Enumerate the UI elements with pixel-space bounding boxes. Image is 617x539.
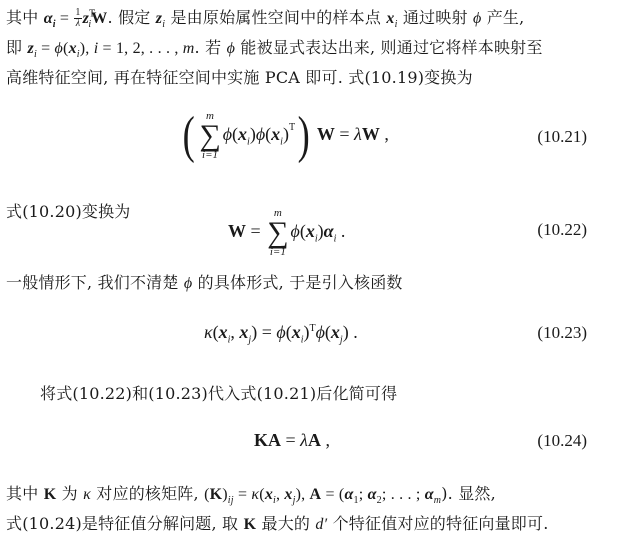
math-kappa: κ xyxy=(83,486,91,503)
math-x: x xyxy=(69,40,77,57)
equation-number: (10.21) xyxy=(537,127,587,147)
equation-10-21: (m∑i=1ϕ(xi)ϕ(xi)T) W = λW , xyxy=(180,110,389,162)
math-alpha: α xyxy=(344,486,353,503)
text: 一般情形下, 我们不清楚 xyxy=(6,273,184,292)
text: 能被显式表达出来, 则通过它将样本映射至 xyxy=(235,38,542,57)
math-sup: T xyxy=(289,122,295,133)
math-eq: = xyxy=(335,124,354,144)
math-eq: = xyxy=(56,10,74,27)
math-phi: ϕ xyxy=(276,322,285,342)
math-K: K xyxy=(44,486,57,503)
sigma-symbol: ∑ xyxy=(267,219,288,247)
text: 是由原始属性空间中的样本点 xyxy=(165,8,386,27)
math-lambda: λ xyxy=(300,430,308,450)
math-phi: ϕ xyxy=(316,322,325,342)
paragraph-4: 将式(10.22)和(10.23)代入式(10.21)后化简可得 xyxy=(40,384,397,404)
math-trail: . xyxy=(336,221,345,241)
equation-10-23: κ(xi, xj) = ϕ(xi)Tϕ(xj) . xyxy=(204,322,358,343)
math-W: W xyxy=(91,10,107,27)
paragraph-1-line-2: 即 zi = ϕ(xi), i = 1, 2, . . . , m. 若 ϕ 能… xyxy=(6,38,543,59)
math-A: A xyxy=(308,430,321,450)
math-eq: = xyxy=(281,430,300,450)
sigma-symbol: ∑ xyxy=(199,122,220,150)
equation-10-24: KA = λA , xyxy=(254,430,330,451)
math-x: x xyxy=(271,124,280,144)
math-eq: = xyxy=(234,486,252,503)
text: 产生, xyxy=(481,8,524,27)
math-fraction: 1λ xyxy=(74,8,81,29)
text: 即 xyxy=(6,38,28,57)
math-eq: = xyxy=(246,221,265,241)
paragraph-3: 一般情形下, 我们不清楚 ϕ 的具体形式, 于是引入核函数 xyxy=(6,273,403,294)
text: 其中 xyxy=(6,8,44,27)
paragraph-1-line-1: 其中 αi = 1λzTiW. 假定 zi 是由原始属性空间中的样本点 xi 通… xyxy=(6,8,524,29)
math-eq: = xyxy=(37,40,55,57)
paragraph-2: 式(10.20)变换为 xyxy=(6,202,131,222)
math-range: = 1, 2, . . . , xyxy=(98,40,182,57)
math-trail: . xyxy=(349,322,358,342)
math-alpha: α xyxy=(324,221,334,241)
math-alpha: α xyxy=(44,10,53,27)
math-K: K xyxy=(244,516,257,533)
text: 为 xyxy=(56,484,83,503)
math-phi: ϕ xyxy=(227,40,235,57)
paragraph-1-line-3: 高维特征空间, 再在特征空间中实施 PCA 即可. 式(10.19)变换为 xyxy=(6,68,473,88)
math-eq: = xyxy=(257,322,276,342)
math-trail: , xyxy=(321,430,330,450)
frac-denominator: λ xyxy=(74,19,81,29)
math-paren: ), xyxy=(80,40,94,57)
left-paren: ( xyxy=(183,110,195,162)
math-kappa: κ xyxy=(204,322,213,342)
math-x: x xyxy=(265,486,273,503)
math-W: W xyxy=(362,124,380,144)
math-x: x xyxy=(284,486,292,503)
equation-number: (10.24) xyxy=(537,431,587,451)
text: 对应的核矩阵, xyxy=(91,484,204,503)
math-KA: KA xyxy=(254,430,281,450)
equation-10-22: W = m∑i=1ϕ(xi)αi . xyxy=(228,208,345,258)
math-eq: = ( xyxy=(321,486,344,503)
math-W: W xyxy=(317,124,335,144)
sum-lower: i=1 xyxy=(199,150,220,161)
text: 通过映射 xyxy=(398,8,473,27)
math-trail: , xyxy=(380,124,389,144)
math-phi: ϕ xyxy=(223,124,232,144)
math-sep: ; xyxy=(359,486,368,503)
text: . 若 xyxy=(195,38,227,57)
sum-lower: i=1 xyxy=(267,247,288,258)
text: 的具体形式, 于是引入核函数 xyxy=(192,273,402,292)
math-sep: ; . . . ; xyxy=(382,486,425,503)
summation: m∑i=1 xyxy=(199,111,220,161)
math-K: K xyxy=(210,486,223,503)
math-phi: ϕ xyxy=(256,124,265,144)
math-alpha: α xyxy=(368,486,377,503)
math-alpha: α xyxy=(425,486,434,503)
math-x: x xyxy=(219,322,228,342)
math-x: x xyxy=(238,124,247,144)
paragraph-5-line-2: 式(10.24)是特征值分解问题, 取 K 最大的 d′ 个特征值对应的特征向量… xyxy=(6,514,549,535)
math-paren: ), xyxy=(296,486,310,503)
text: 式(10.24)是特征值分解问题, 取 xyxy=(6,514,244,533)
equation-number: (10.22) xyxy=(537,220,587,240)
math-phi: ϕ xyxy=(291,221,300,241)
math-phi: ϕ xyxy=(55,40,63,57)
text: 最大的 xyxy=(256,514,315,533)
math-lambda: λ xyxy=(354,124,362,144)
text: 其中 xyxy=(6,484,44,503)
math-x: x xyxy=(331,322,340,342)
math-x: x xyxy=(306,221,315,241)
text: ). 显然, xyxy=(441,484,496,503)
paragraph-5-line-1: 其中 K 为 κ 对应的核矩阵, (K)ij = κ(xi, xj), A = … xyxy=(6,484,496,505)
math-x: x xyxy=(292,322,301,342)
math-W: W xyxy=(228,221,246,241)
text: 个特征值对应的特征向量即可. xyxy=(327,514,548,533)
text: . 假定 xyxy=(108,8,156,27)
math-x: x xyxy=(386,10,394,27)
equation-number: (10.23) xyxy=(537,323,587,343)
math-m: m xyxy=(183,40,195,57)
right-paren: ) xyxy=(298,110,310,162)
math-A: A xyxy=(310,486,322,503)
summation: m∑i=1 xyxy=(267,208,288,258)
math-d-prime: d′ xyxy=(315,516,327,533)
